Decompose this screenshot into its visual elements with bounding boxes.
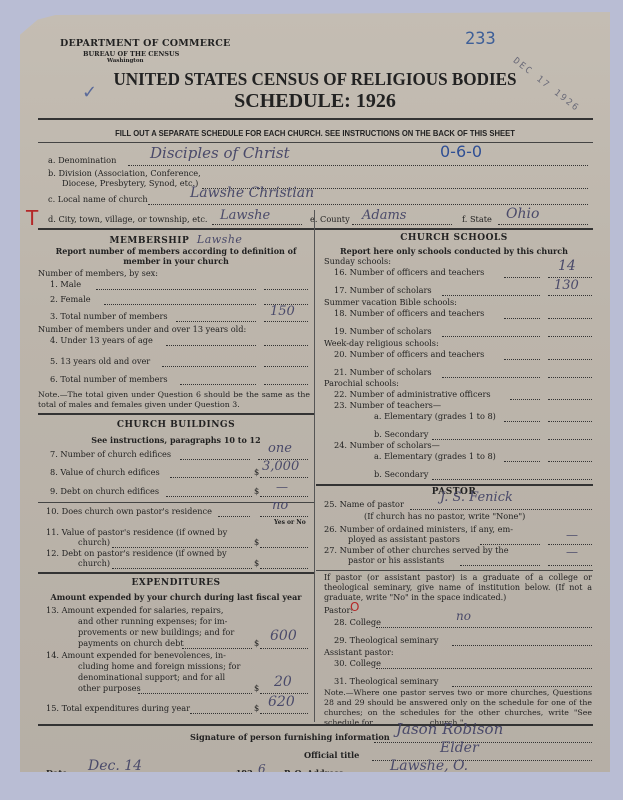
q15-currency: $ — [254, 703, 259, 713]
form-title: UNITED STATES CENSUS OF RELIGIOUS BODIES — [35, 69, 596, 90]
q19-label: 19. Number of scholars — [334, 326, 432, 336]
po-address-field[interactable] — [372, 778, 592, 779]
q3-label: 3. Total number of members — [50, 311, 168, 321]
q20-leader — [504, 359, 540, 360]
q13-field[interactable] — [260, 648, 308, 649]
q10-field[interactable] — [260, 516, 308, 517]
city-town-label: d. City, town, village, or township, etc… — [48, 214, 208, 224]
local-name-field[interactable] — [148, 204, 588, 205]
q18-field[interactable] — [548, 318, 592, 319]
q19-leader — [442, 336, 540, 337]
date-value: Dec. 14 — [88, 758, 142, 774]
signature-label: Signature of person furnishing informati… — [190, 732, 390, 742]
q8-currency: $ — [254, 467, 259, 477]
q17-leader — [442, 295, 540, 296]
q17-value: 130 — [554, 278, 579, 293]
official-title-label: Official title — [304, 750, 359, 760]
q29-label: 29. Theological seminary — [334, 635, 438, 645]
q28-field[interactable] — [376, 627, 592, 628]
membership-note: Note.—The total given under Question 6 s… — [38, 390, 310, 410]
q24-label: 24. Number of scholars— — [334, 440, 440, 450]
q24b-field[interactable] — [432, 479, 592, 480]
q2-leader — [104, 304, 256, 305]
q31-label: 31. Theological seminary — [334, 676, 438, 686]
q27-label: 27. Number of other churches served by t… — [324, 545, 509, 555]
date-field[interactable] — [70, 778, 230, 779]
q27-leader — [460, 565, 540, 566]
state-label: f. State — [462, 214, 492, 224]
instruction-divider — [38, 142, 593, 143]
q11-field[interactable] — [260, 547, 308, 548]
q13-currency: $ — [254, 638, 259, 648]
q5-leader — [162, 366, 256, 367]
q3-field[interactable] — [264, 321, 308, 322]
age-label: Number of members under and over 13 year… — [38, 324, 246, 334]
q23b-label: b. Secondary — [374, 429, 428, 439]
denomination-field[interactable] — [128, 165, 588, 166]
q15-label: 15. Total expenditures during year — [46, 703, 190, 713]
q6-label: 6. Total number of members — [50, 374, 168, 384]
q18-label: 18. Number of officers and teachers — [334, 308, 484, 318]
q19-field[interactable] — [548, 336, 592, 337]
denomination-value: Disciples of Christ — [150, 144, 290, 162]
q9-label: 9. Debt on church edifices — [50, 486, 159, 496]
q28-label: 28. College — [334, 617, 381, 627]
q13-leader — [182, 648, 252, 649]
q24a-leader — [504, 461, 540, 462]
q21-label: 21. Number of scholars — [334, 367, 432, 377]
expenditures-subtitle: Amount expended by your church during la… — [38, 592, 314, 602]
division-label: b. Division (Association, Conference, — [48, 168, 201, 178]
q14-leader — [138, 693, 252, 694]
q15-field[interactable] — [260, 713, 308, 714]
graduate-note: If pastor (or assistant pastor) is a gra… — [324, 573, 592, 603]
q1-leader — [96, 289, 256, 290]
q6-field[interactable] — [264, 384, 308, 385]
q13-line-1: 13. Amount expended for salaries, repair… — [46, 605, 223, 615]
local-name-value: Lawshe Christian — [190, 185, 314, 201]
q28-value: no — [456, 609, 471, 623]
q21-leader — [442, 377, 540, 378]
county-field[interactable] — [352, 224, 452, 225]
q2-label: 2. Female — [50, 294, 91, 304]
q3-leader — [176, 321, 256, 322]
q12-label-2: church) — [78, 558, 110, 568]
q26-label: 26. Number of ordained ministers, if any… — [324, 524, 513, 534]
schools-title: CHURCH SCHOOLS — [316, 233, 592, 243]
q11-label-2: church) — [78, 537, 110, 547]
q14-line-2: cluding home and foreign missions; for — [78, 661, 240, 671]
city-town-field[interactable] — [212, 224, 302, 225]
q15-leader — [190, 713, 252, 714]
q14-line-4: other purposes — [78, 683, 141, 693]
q7-label: 7. Number of church edifices — [50, 449, 171, 459]
q10-hint: Yes or No — [274, 519, 306, 526]
header-divider — [38, 118, 593, 120]
pastor-circle-mark: O — [350, 600, 359, 614]
q26-value: — — [566, 528, 578, 542]
membership-divider — [38, 413, 314, 415]
q25-field[interactable] — [410, 509, 592, 510]
q9-leader — [166, 496, 252, 497]
schools-subtitle: Report here only schools conducted by th… — [316, 246, 592, 256]
q11-label: 11. Value of pastor's residence (if owne… — [46, 527, 227, 537]
pastor-sub-label: Pastor: — [324, 605, 353, 615]
q20-label: 20. Number of officers and teachers — [334, 349, 484, 359]
identification-divider — [38, 228, 593, 230]
q9-value: — — [276, 480, 288, 494]
parochial-label: Parochial schools: — [324, 378, 399, 388]
division-label-2: Diocese, Presbytery, Synod, etc.) — [62, 178, 198, 188]
by-sex-label: Number of members, by sex: — [38, 268, 158, 278]
q13-line-3: provements or new buildings; and for — [78, 627, 234, 637]
q29-field[interactable] — [452, 645, 592, 646]
q23-label: 23. Number of teachers— — [334, 400, 441, 410]
q23b-field[interactable] — [548, 439, 592, 440]
q9-field[interactable] — [260, 496, 308, 497]
q8-label: 8. Value of church edifices — [50, 467, 160, 477]
q13-line-2: and other running expenses; for im- — [78, 616, 227, 626]
q10-leader — [218, 516, 250, 517]
q4-field[interactable] — [264, 345, 308, 346]
sunday-label: Sunday schools: — [324, 256, 391, 266]
q7-value: one — [268, 441, 292, 456]
q14-currency: $ — [254, 683, 259, 693]
q11-currency: $ — [254, 537, 259, 547]
city-town-value: Lawshe — [220, 208, 270, 223]
q17-label: 17. Number of scholars — [334, 285, 432, 295]
q1-field[interactable] — [264, 289, 308, 290]
q1-label: 1. Male — [50, 279, 81, 289]
membership-subtitle: Report number of members according to de… — [38, 246, 314, 256]
q23a-field[interactable] — [548, 421, 592, 422]
q21-field[interactable] — [548, 377, 592, 378]
buildings-title: CHURCH BUILDINGS — [38, 420, 314, 430]
q30-label: 30. College — [334, 658, 381, 668]
q10-value: no — [272, 498, 288, 513]
instruction-banner: FILL OUT A SEPARATE SCHEDULE FOR EACH CH… — [50, 128, 581, 138]
q13-value: 600 — [270, 628, 297, 644]
q20-field[interactable] — [548, 359, 592, 360]
q22-leader — [510, 399, 540, 400]
body-bottom-divider — [38, 724, 593, 726]
summer-label: Summer vacation Bible schools: — [324, 297, 457, 307]
membership-title: MEMBERSHIP Lawshe — [38, 233, 314, 246]
q5-label: 5. 13 years old and over — [50, 356, 150, 366]
q15-value: 620 — [268, 694, 295, 710]
city-label: Washington — [107, 58, 144, 64]
q30-field[interactable] — [376, 668, 592, 669]
q12-field[interactable] — [260, 568, 308, 569]
q14-line-1: 14. Amount expended for benevolences, in… — [46, 650, 226, 660]
q23a-label: a. Elementary (grades 1 to 8) — [374, 411, 496, 421]
column-divider — [314, 210, 315, 722]
q27-value: — — [566, 545, 578, 559]
q8-value: 3,000 — [262, 459, 299, 474]
q25-value: J. S. Fenick — [440, 490, 513, 505]
q27-field[interactable] — [548, 565, 592, 566]
pastor-divider — [316, 570, 593, 571]
denomination-label: a. Denomination — [48, 155, 116, 165]
q23b-leader — [432, 439, 540, 440]
q9-currency: $ — [254, 486, 259, 496]
form-subtitle: SCHEDULE: 1926 — [20, 90, 610, 113]
q22-field[interactable] — [548, 399, 592, 400]
expenditures-title: EXPENDITURES — [38, 578, 314, 588]
po-address-value: Lawshe, O. — [390, 758, 468, 774]
schools-divider — [316, 484, 593, 486]
department-label: DEPARTMENT OF COMMERCE — [60, 38, 230, 49]
year-value: 6 — [258, 762, 266, 776]
q14-line-3: denominational support; and for all — [78, 672, 225, 682]
q12-leader — [112, 568, 252, 569]
q23a-leader — [504, 421, 540, 422]
year-prefix: , 192 — [230, 768, 253, 778]
official-title-value: Elder — [440, 740, 479, 756]
county-label: e. County — [310, 214, 350, 224]
bureau-label: BUREAU OF THE CENSUS — [83, 50, 179, 58]
signature-value: Jason Robison — [396, 720, 503, 738]
q16-label: 16. Number of officers and teachers — [334, 267, 484, 277]
q26-label-2: ployed as assistant pastors — [348, 534, 460, 544]
q7-leader — [180, 459, 250, 460]
q17-field[interactable] — [548, 295, 592, 296]
date-label: Date — [46, 768, 67, 778]
stamp-number: 233 — [465, 29, 496, 49]
q8-leader — [170, 477, 252, 478]
state-value: Ohio — [506, 206, 539, 222]
q3-value: 150 — [270, 304, 295, 319]
print-code: 11—9064 — [114, 780, 138, 786]
q25-hint: (If church has no pastor, write "None") — [364, 511, 525, 521]
q16-value: 14 — [558, 258, 576, 274]
q14-value: 20 — [274, 674, 292, 690]
membership-annotation: Lawshe — [197, 233, 243, 246]
q24a-label: a. Elementary (grades 1 to 8) — [374, 451, 496, 461]
buildings-bottom-divider — [38, 572, 314, 574]
census-form-sheet: DEPARTMENT OF COMMERCE BUREAU OF THE CEN… — [20, 12, 610, 772]
q25-label: 25. Name of pastor — [324, 499, 404, 509]
q27-label-2: pastor or his assistants — [348, 555, 444, 565]
state-field[interactable] — [498, 224, 588, 225]
q16-leader — [504, 277, 540, 278]
q12-label: 12. Debt on pastor's residence (if owned… — [46, 548, 227, 558]
q31-field[interactable] — [452, 686, 592, 687]
q4-leader — [166, 345, 256, 346]
denomination-code: 0-6-0 — [440, 142, 482, 161]
q24a-field[interactable] — [548, 461, 592, 462]
q12-currency: $ — [254, 558, 259, 568]
county-value: Adams — [362, 208, 406, 223]
assistant-label: Assistant pastor: — [324, 647, 394, 657]
membership-subtitle-2: member in your church — [38, 256, 314, 266]
q10-label: 10. Does church own pastor's residence — [46, 506, 212, 516]
q13-line-4: payments on church debt — [78, 638, 184, 648]
q24b-label: b. Secondary — [374, 469, 428, 479]
q4-label: 4. Under 13 years of age — [50, 335, 153, 345]
q18-leader — [504, 318, 540, 319]
signature-field[interactable] — [374, 742, 592, 743]
margin-mark: T — [26, 206, 38, 230]
po-address-label: P. O. Address — [284, 768, 343, 778]
q22-label: 22. Number of administrative officers — [334, 389, 491, 399]
local-name-label: c. Local name of church — [48, 194, 148, 204]
q5-field[interactable] — [264, 366, 308, 367]
weekday-label: Week-day religious schools: — [324, 338, 439, 348]
q8-field[interactable] — [260, 477, 308, 478]
q6-leader — [180, 384, 256, 385]
form-number: 8—5518 a — [54, 780, 87, 787]
